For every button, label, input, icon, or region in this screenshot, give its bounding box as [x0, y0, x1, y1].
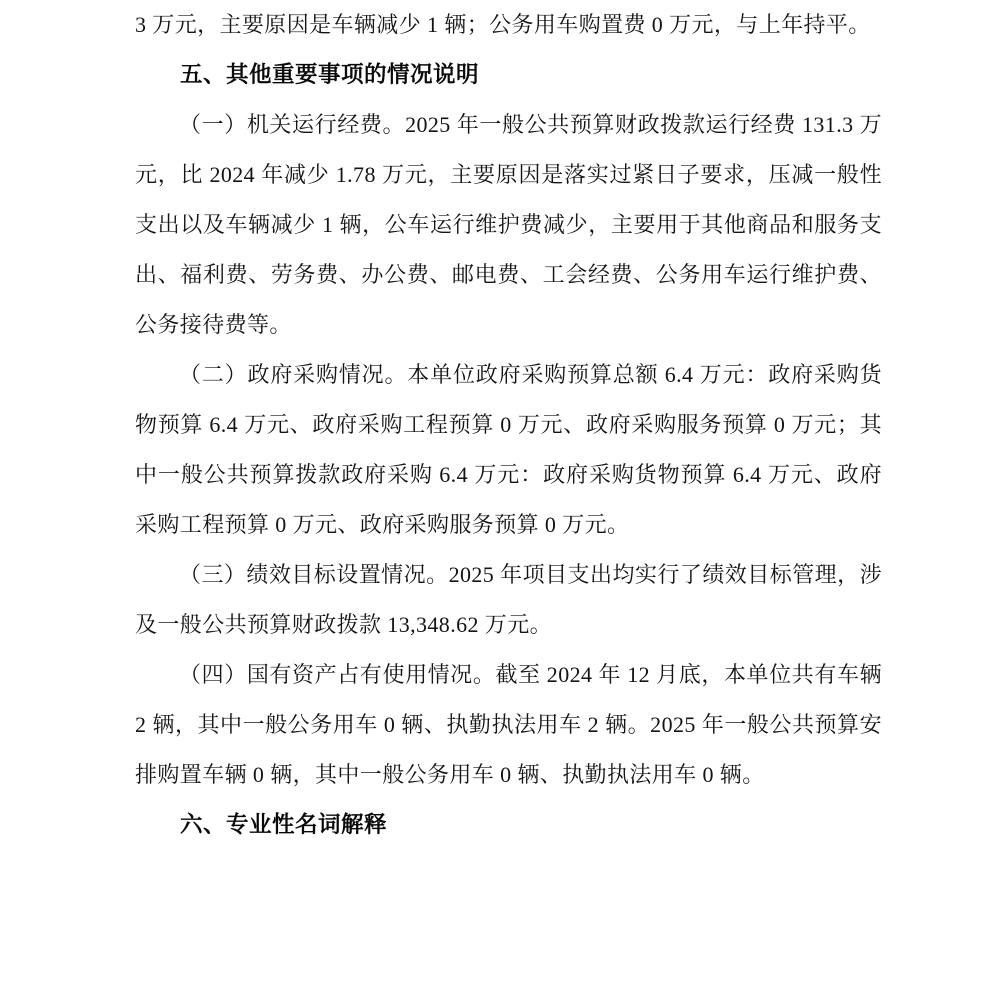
para-state-owned-assets-usage: （四）国有资产占有使用情况。截至 2024 年 12 月底，本单位共有车辆 2 …	[135, 650, 882, 800]
para-government-procurement: （二）政府采购情况。本单位政府采购预算总额 6.4 万元：政府采购货物预算 6.…	[135, 350, 882, 550]
heading-section-six-terminology: 六、专业性名词解释	[135, 800, 882, 850]
para-vehicle-purchase-fee-continuation: 3 万元，主要原因是车辆减少 1 辆；公务用车购置费 0 万元，与上年持平。	[135, 0, 882, 50]
para-agency-operating-expenses: （一）机关运行经费。2025 年一般公共预算财政拨款运行经费 131.3 万元，…	[135, 100, 882, 350]
para-performance-target-setting: （三）绩效目标设置情况。2025 年项目支出均实行了绩效目标管理，涉及一般公共预…	[135, 550, 882, 650]
document-page: 3 万元，主要原因是车辆减少 1 辆；公务用车购置费 0 万元，与上年持平。 五…	[0, 0, 1000, 992]
heading-section-five-other-important-matters: 五、其他重要事项的情况说明	[135, 50, 882, 100]
